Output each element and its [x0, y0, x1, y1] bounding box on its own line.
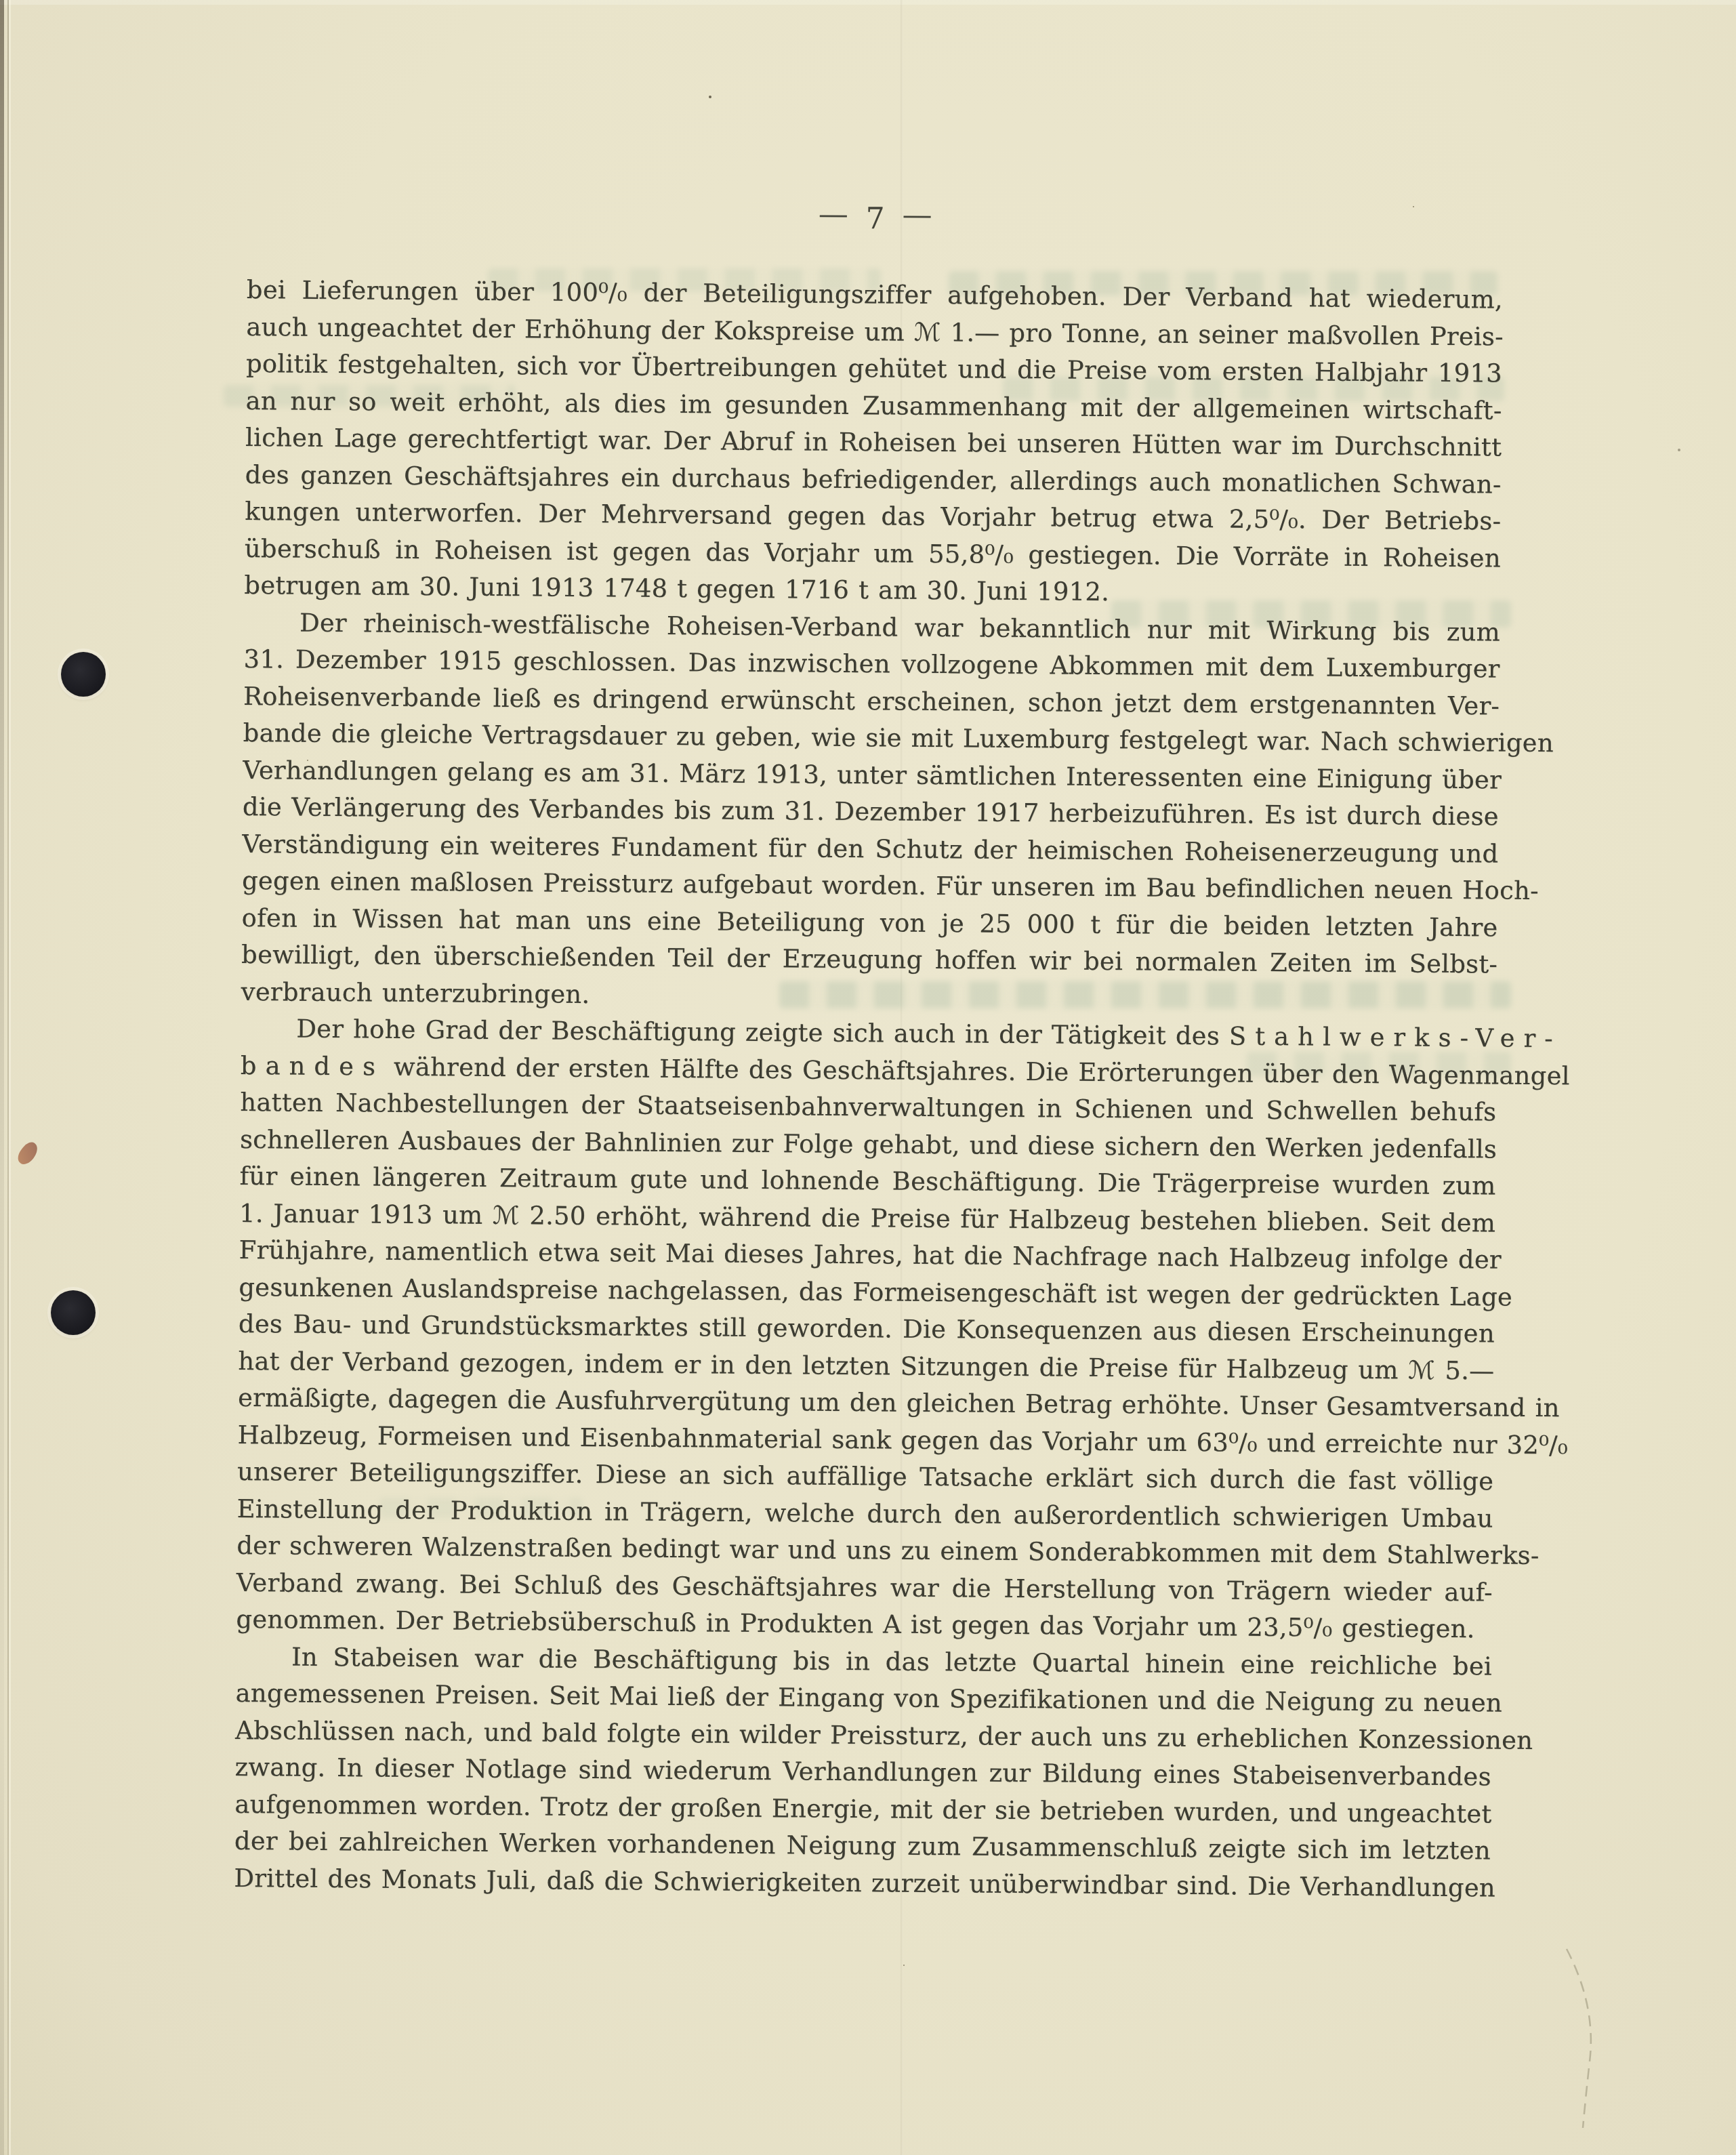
text-segment: Der rheinisch-westfälische Roheisen-Verb… — [299, 608, 1500, 646]
text-segment: unserer Beteiligungsziffer. Diese an sic… — [237, 1457, 1493, 1496]
text-segment: Der hohe Grad der Beschäftigung zeigte s… — [296, 1014, 1229, 1051]
text-segment: politik festgehalten, sich vor Übertreib… — [246, 349, 1502, 388]
text-segment: bande die gleiche Vertragsdauer zu geben… — [243, 718, 1554, 758]
text-segment: 31. Dezember 1915 geschlossen. Das inzwi… — [243, 644, 1500, 684]
text-segment: betrugen am 30. Juni 1913 1748 t gegen 1… — [244, 571, 1109, 607]
paper-left-edge — [0, 0, 4, 2155]
text-segment: Drittel des Monats Juli, daß die Schwier… — [234, 1863, 1495, 1902]
paragraph: bei Lieferungen über 100⁰/₀ der Beteilig… — [244, 272, 1503, 614]
text-segment: an nur so weit erhöht, als dies im gesun… — [245, 386, 1502, 425]
red-ink-smudge — [14, 1139, 41, 1168]
text-segment: Verhandlungen gelang es am 31. März 1913… — [243, 755, 1502, 794]
text-segment: hatten Nachbestellungen der Staatseisenb… — [240, 1088, 1496, 1127]
text-segment: überschuß in Roheisen ist gegen das Vorj… — [245, 533, 1501, 573]
page-number: —7— — [247, 197, 1504, 241]
text-segment: auch ungeachtet der Erhöhung der Kokspre… — [246, 312, 1504, 351]
text-segment: bewilligt, den überschießenden Teil der … — [241, 940, 1497, 979]
text-segment: Halbzeug, Formeisen und Eisenbahnmateria… — [237, 1420, 1568, 1459]
paragraph: Der rheinisch-westfälische Roheisen-Verb… — [241, 604, 1500, 1020]
text-segment: der schweren Walzenstraßen bedingt war u… — [236, 1531, 1539, 1570]
left-crease-highlight — [9, 0, 11, 2155]
text-segment: Verständigung ein weiteres Fundament für… — [242, 829, 1498, 868]
paper-top-edge — [0, 0, 1736, 5]
letterspaced-text: bandes — [241, 1050, 384, 1081]
text-segment: Verband zwang. Bei Schluß des Geschäftsj… — [236, 1567, 1493, 1607]
text-segment: Frühjahre, namentlich etwa seit Mai dies… — [239, 1235, 1502, 1275]
page-number-value: 7 — [865, 201, 884, 236]
page-number-left-dash: — — [819, 197, 848, 232]
text-segment: schnelleren Ausbaues der Bahnlinien zur … — [240, 1124, 1497, 1164]
scanned-page: —7— bei Lieferungen über 100⁰/₀ der Bete… — [0, 0, 1736, 2155]
paragraph: In Stabeisen war die Beschäftigung bis i… — [234, 1638, 1492, 1906]
text-segment: während der ersten Hälfte des Geschäftsj… — [384, 1052, 1570, 1090]
text-segment: der bei zahlreichen Werken vorhandenen N… — [234, 1826, 1491, 1866]
punch-hole-bottom — [51, 1290, 96, 1335]
text-segment: des Bau- und Grundstücksmarktes still ge… — [239, 1309, 1495, 1349]
text-segment: ofen in Wissen hat man uns eine Beteilig… — [241, 903, 1497, 942]
text-segment: aufgenommen worden. Trotz der großen Ene… — [234, 1789, 1492, 1828]
printed-content: —7— bei Lieferungen über 100⁰/₀ der Bete… — [234, 190, 1504, 1961]
text-segment: des ganzen Geschäftsjahres ein durchaus … — [245, 459, 1502, 499]
text-segment: kungen unterworfen. Der Mehrversand gege… — [245, 497, 1501, 536]
text-segment: zwang. In dieser Notlage sind wiederum V… — [235, 1752, 1491, 1792]
paper-speckles — [709, 96, 711, 98]
text-segment: bei Lieferungen über 100⁰/₀ der Beteilig… — [247, 275, 1503, 314]
text-segment: lichen Lage gerechtfertigt war. Der Abru… — [245, 423, 1502, 462]
text-block: bei Lieferungen über 100⁰/₀ der Beteilig… — [234, 272, 1503, 1906]
text-segment: gesunkenen Auslandspreise nachgelassen, … — [239, 1272, 1512, 1311]
text-segment: verbrauch unterzubringen. — [241, 977, 590, 1008]
text-segment: 1. Januar 1913 um ℳ 2.50 erhöht, während… — [239, 1198, 1495, 1237]
text-segment: In Stabeisen war die Beschäftigung bis i… — [291, 1642, 1492, 1681]
text-segment: angemessenen Preisen. Seit Mai ließ der … — [235, 1679, 1502, 1718]
text-segment: genommen. Der Betriebsüberschuß in Produ… — [236, 1605, 1475, 1643]
text-segment: die Verlängerung des Verbandes bis zum 3… — [243, 792, 1499, 832]
text-segment: Roheisenverbande ließ es dringend erwüns… — [243, 681, 1500, 720]
text-segment: hat der Verband gezogen, indem er in den… — [238, 1346, 1494, 1385]
text-segment: für einen längeren Zeitraum gute und loh… — [239, 1162, 1495, 1201]
text-segment: ermäßigte, dagegen die Ausfuhrvergütung … — [238, 1383, 1560, 1422]
paragraph: Der hohe Grad der Beschäftigung zeigte s… — [236, 1010, 1497, 1648]
page-number-right-dash: — — [903, 198, 932, 232]
text-segment: Einstellung der Produktion in Trägern, w… — [237, 1494, 1493, 1533]
text-segment: gegen einen maßlosen Preissturz aufgebau… — [242, 866, 1539, 905]
letterspaced-text: Stahlwerks-Ver- — [1229, 1021, 1562, 1053]
text-segment: Abschlüssen nach, und bald folgte ein wi… — [235, 1715, 1533, 1754]
punch-hole-top — [61, 652, 106, 697]
